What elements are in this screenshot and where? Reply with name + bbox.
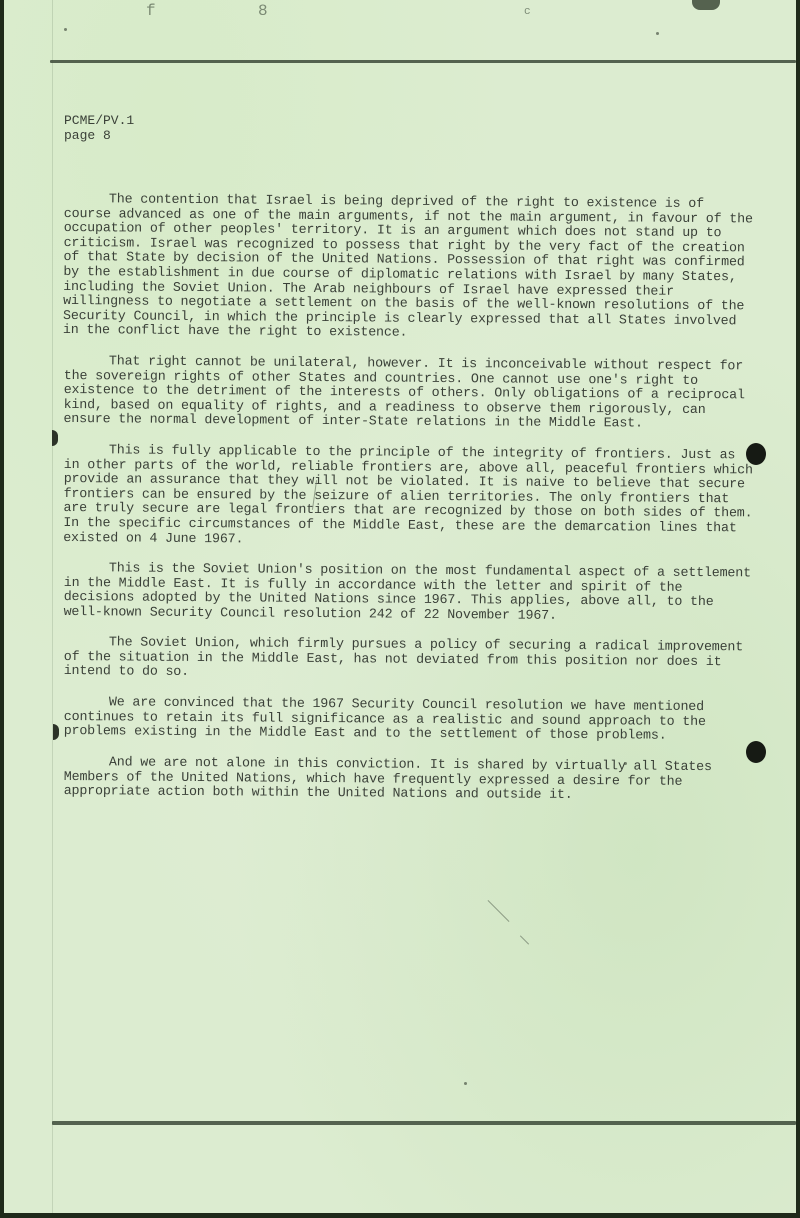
paragraph: The Soviet Union, which firmly pursues a… <box>64 635 754 684</box>
paragraph: That right cannot be unilateral, however… <box>63 354 754 432</box>
paragraph: And we are not alone in this conviction.… <box>64 755 754 804</box>
page-number: page 8 <box>64 128 134 143</box>
paragraph: This is the Soviet Union's position on t… <box>64 561 754 625</box>
punch-hole-icon <box>746 443 766 465</box>
document-body: The contention that Israel is being depr… <box>64 192 754 815</box>
speck <box>624 762 627 765</box>
paragraph: We are convinced that the 1967 Security … <box>64 695 754 744</box>
top-rule <box>50 60 796 63</box>
stray-pen-mark <box>488 900 510 922</box>
punch-hole-icon <box>746 741 766 763</box>
margin-line <box>52 0 53 1213</box>
paragraph: This is fully applicable to the principl… <box>63 443 754 551</box>
margin-bracket-icon <box>52 430 58 446</box>
bottom-rule <box>52 1121 796 1125</box>
top-scan-mark: f <box>146 2 156 20</box>
document-header: PCME/PV.1 page 8 <box>64 113 134 143</box>
margin-bracket-icon <box>53 724 59 740</box>
document-page: f 8 c PCME/PV.1 page 8 The contention th… <box>4 0 796 1213</box>
speck <box>656 32 659 35</box>
top-scan-mark: 8 <box>258 2 268 20</box>
speck <box>64 28 67 31</box>
stray-pen-mark <box>520 935 529 944</box>
document-symbol: PCME/PV.1 <box>64 113 134 128</box>
ink-blot <box>692 0 720 10</box>
paragraph: The contention that Israel is being depr… <box>63 192 754 343</box>
speck <box>464 1082 467 1085</box>
top-scan-mark: c <box>524 6 531 18</box>
